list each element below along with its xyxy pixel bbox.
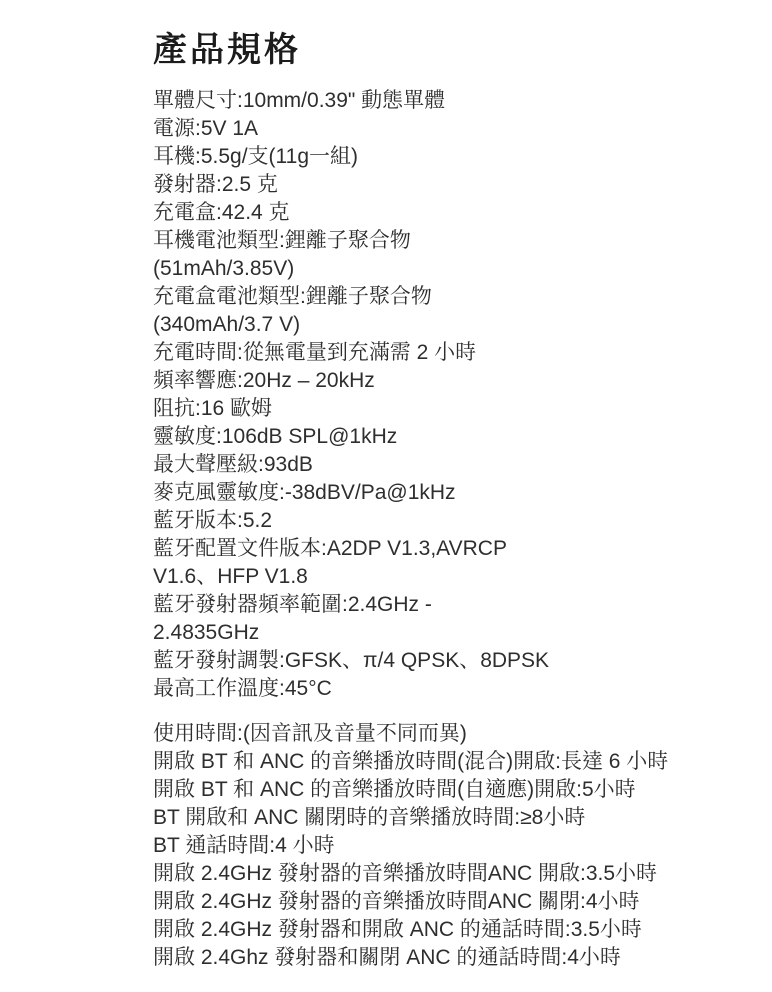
usage-line: 開啟 2.4GHz 發射器的音樂播放時間ANC 開啟:3.5小時 [153,860,712,888]
spec-line: 耳機:5.5g/支(11g一組) [153,143,712,171]
spec-line: 發射器:2.5 克 [153,171,712,199]
usage-time-list: 使用時間:(因音訊及音量不同而異)開啟 BT 和 ANC 的音樂播放時間(混合)… [153,720,712,972]
spec-line: 充電時間:從無電量到充滿需 2 小時 [153,339,712,367]
spec-line: 最大聲壓級:93dB [153,451,712,479]
spec-line: V1.6、HFP V1.8 [153,563,712,591]
spec-line: 藍牙版本:5.2 [153,507,712,535]
usage-line: 開啟 2.4GHz 發射器的音樂播放時間ANC 關閉:4小時 [153,888,712,916]
usage-line: 開啟 BT 和 ANC 的音樂播放時間(自適應)開啟:5小時 [153,776,712,804]
usage-line: BT 開啟和 ANC 關閉時的音樂播放時間:≥8小時 [153,804,712,832]
spec-line: (51mAh/3.85V) [153,255,712,283]
spec-line: 藍牙發射調製:GFSK、π/4 QPSK、8DPSK [153,647,712,675]
spec-line: 藍牙配置文件版本:A2DP V1.3,AVRCP [153,535,712,563]
usage-line: 開啟 2.4Ghz 發射器和關閉 ANC 的通話時間:4小時 [153,944,712,972]
spec-line: 2.4835GHz [153,619,712,647]
spec-line: 耳機電池類型:鋰離子聚合物 [153,227,712,255]
spec-line: 頻率響應:20Hz – 20kHz [153,367,712,395]
spec-line: 充電盒:42.4 克 [153,199,712,227]
spec-line: 最高工作溫度:45°C [153,675,712,703]
spec-line: 麥克風靈敏度:-38dBV/Pa@1kHz [153,479,712,507]
page-title: 產品規格 [153,31,712,69]
spec-line: 充電盒電池類型:鋰離子聚合物 [153,283,712,311]
spec-line: 單體尺寸:10mm/0.39" 動態單體 [153,87,712,115]
spec-line: 電源:5V 1A [153,115,712,143]
spec-line: (340mAh/3.7 V) [153,311,712,339]
spec-line: 藍牙發射器頻率範圍:2.4GHz - [153,591,712,619]
spec-list: 單體尺寸:10mm/0.39" 動態單體電源:5V 1A耳機:5.5g/支(11… [153,87,712,703]
usage-line: 開啟 BT 和 ANC 的音樂播放時間(混合)開啟:長達 6 小時 [153,748,712,776]
spec-line: 阻抗:16 歐姆 [153,395,712,423]
usage-line: BT 通話時間:4 小時 [153,832,712,860]
usage-line: 開啟 2.4GHz 發射器和開啟 ANC 的通話時間:3.5小時 [153,916,712,944]
usage-line: 使用時間:(因音訊及音量不同而異) [153,720,712,748]
product-spec-page: 產品規格 單體尺寸:10mm/0.39" 動態單體電源:5V 1A耳機:5.5g… [0,0,772,992]
spec-line: 靈敏度:106dB SPL@1kHz [153,423,712,451]
